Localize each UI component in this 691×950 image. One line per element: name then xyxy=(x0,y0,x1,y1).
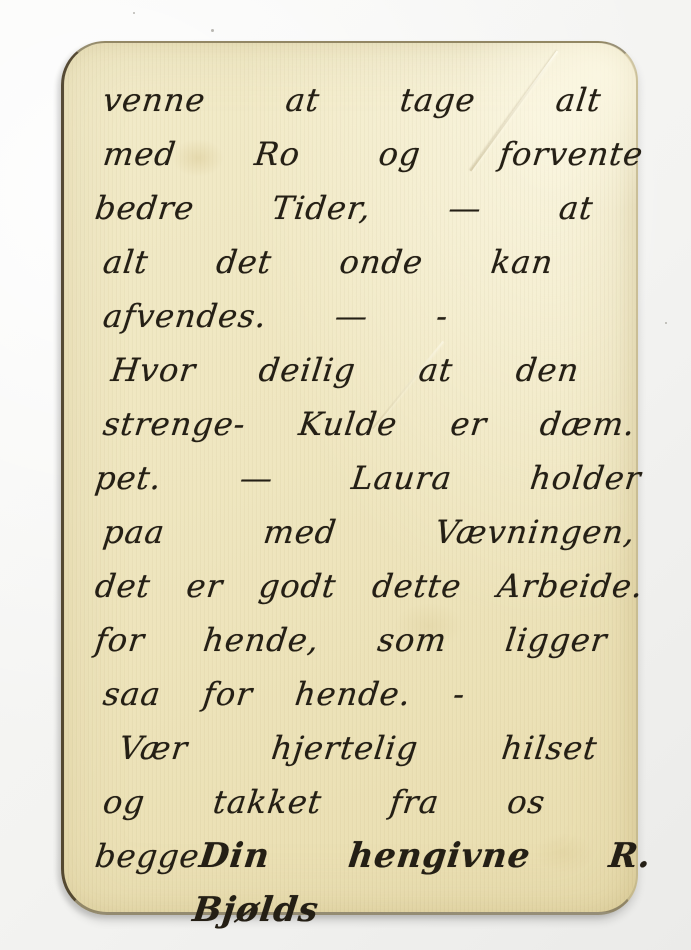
handwritten-line: paa med Vævningen, xyxy=(100,505,639,559)
dust-speck xyxy=(133,12,135,14)
signature-line: begge Din hengivne R. Bjølds xyxy=(92,829,655,883)
handwritten-text: venne at tage alt med Ro og forvente bed… xyxy=(64,43,636,912)
handwritten-line: med Ro og forvente xyxy=(100,127,647,181)
handwritten-line: Vær hjertelig hilset xyxy=(116,721,601,775)
signature: Din hengivne R. Bjølds xyxy=(190,829,655,937)
handwritten-line: afvendes. — - xyxy=(100,289,452,343)
dust-speck xyxy=(211,29,214,32)
handwritten-line: strenge- Kulde er dæm. xyxy=(100,397,639,451)
postcard: venne at tage alt med Ro og forvente bed… xyxy=(61,41,638,915)
handwritten-line: bedre Tider, — at xyxy=(92,181,597,235)
handwritten-line: alt det onde kan xyxy=(100,235,557,289)
handwritten-line: det er godt dette Arbeide. xyxy=(92,559,647,613)
handwritten-line: for hende, som ligger xyxy=(92,613,611,667)
handwritten-line: pet. — Laura holder xyxy=(92,451,645,505)
dust-speck xyxy=(665,322,667,324)
closing-word: begge xyxy=(92,829,203,883)
handwritten-line: venne at tage alt xyxy=(100,73,605,127)
handwritten-line: saa for hende. - xyxy=(100,667,469,721)
scan-background: venne at tage alt med Ro og forvente bed… xyxy=(0,0,691,950)
handwritten-line: og takket fra os xyxy=(100,775,549,829)
handwritten-line: Hvor deilig at den xyxy=(108,343,583,397)
